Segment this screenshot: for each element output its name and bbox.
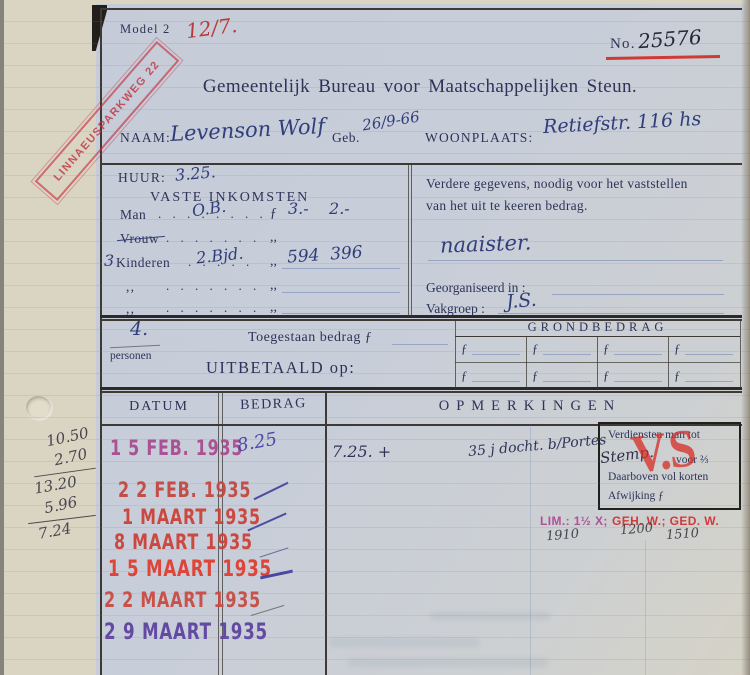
model-label: Model 2 <box>120 22 170 37</box>
opmerking-remark-hw: 35 j docht. b/Portes <box>468 432 607 460</box>
details-info-line2: van het uit te keeren bedrag. <box>426 198 588 214</box>
income-row-label: Kinderen <box>116 255 170 271</box>
florin-cell: ƒ <box>532 341 539 357</box>
quote-sign: ,, <box>270 278 277 294</box>
quote-sign: ,, <box>270 230 277 246</box>
woonplaats-value: Retiefstr. 116 hs <box>543 108 702 138</box>
toegestaan-label: Toegestaan bedrag ƒ <box>248 330 372 346</box>
datum-header: DATUM <box>100 399 218 415</box>
paper-edge-shadow <box>741 0 750 675</box>
number-underline-stamp <box>606 55 720 60</box>
persons-label: personen <box>110 350 152 362</box>
bedrag-amount-hw: 8.25 <box>235 429 278 457</box>
florin-rule <box>614 381 662 382</box>
florin-rule <box>543 354 591 355</box>
florin-cell: ƒ <box>461 341 468 357</box>
lim-stamp-part1: LIM.: 1½ X; <box>540 514 608 528</box>
quote-sign: ,, <box>270 300 277 316</box>
florin-cell: ƒ <box>674 341 681 357</box>
date-stamp: 2 2 MAART 1935 <box>104 588 261 612</box>
faint-column-rule <box>645 540 646 675</box>
florin-cell: ƒ <box>461 368 468 384</box>
form-title: Gemeentelijk Bureau voor Maatschappelijk… <box>130 76 710 98</box>
scanned-welfare-form: Model 2 LINNAEUSPARKWEG 22 12/7. No. 255… <box>0 0 750 675</box>
grondbedrag-right-divider <box>740 319 741 388</box>
vakgroep-label: Vakgroep : <box>426 301 485 317</box>
income-row-dots: . . . . . . . . <box>166 278 266 294</box>
quote-sign: ,, <box>270 254 277 270</box>
lim-value: 1200 <box>619 521 653 539</box>
florin-rule <box>685 381 733 382</box>
income-row-label: ,, <box>126 301 135 317</box>
allowance-divider-thick <box>100 387 742 390</box>
geb-value: 26/9-66 <box>361 108 421 135</box>
details-info-line1: Verdere gegevens, noodig voor het vastst… <box>426 176 688 192</box>
persons-rule <box>110 345 160 349</box>
opmerking-amount-hw: 7.25. + <box>332 442 391 461</box>
florin-cell: ƒ <box>532 368 539 384</box>
vakgroep-rule <box>498 313 724 314</box>
income-row-label: ,, <box>126 279 135 295</box>
income-rule <box>282 268 400 269</box>
bleed-through-smudge <box>430 612 550 620</box>
date-stamp: 2 9 MAART 1935 <box>104 620 268 645</box>
bleed-through-smudge <box>348 658 548 667</box>
grondbedrag-row-divider <box>455 362 740 363</box>
income-row-dots: . . . . . . . . <box>166 230 266 246</box>
lim-value: 1510 <box>666 526 700 543</box>
uitbetaald-label: UITBETAALD op: <box>206 358 355 378</box>
vakgroep-value-hw: J.S. <box>505 289 537 314</box>
florin-cell: ƒ <box>603 368 610 384</box>
vs-approval-stamp: V.S <box>628 416 698 485</box>
lim-value: 1910 <box>545 527 579 545</box>
grondbedrag-header-rule <box>455 336 740 337</box>
bedrag-column-divider <box>325 391 327 675</box>
income-vertical-divider-b <box>411 163 412 316</box>
date-stamp: 8 MAART 1935 <box>114 530 253 554</box>
georganiseerd-rule <box>552 294 724 295</box>
number-value-handwriting: 25576 <box>637 25 702 53</box>
margin-sum-value: 2.70 <box>52 445 88 470</box>
income-row-amount-hw: 594 396 <box>286 242 363 267</box>
huur-value: 3.25. <box>174 162 216 184</box>
huur-label: HUUR: <box>118 170 166 186</box>
form-top-border <box>100 8 742 10</box>
income-vertical-divider-a <box>408 163 409 316</box>
details-rule <box>428 260 723 261</box>
geb-label: Geb. <box>332 130 360 146</box>
florin-cell: ƒ <box>603 341 610 357</box>
date-stamp: 1 5 MAART 1935 <box>108 557 272 582</box>
income-row-label: Man <box>120 207 146 223</box>
date-stamp: 2 2 FEB. 1935 <box>118 478 251 502</box>
date-stamp: 1 5 FEB. 1935 <box>110 436 243 460</box>
income-rule <box>282 292 400 293</box>
bleed-through-smudge <box>330 638 480 647</box>
income-row-amount-hw: 3.- 2.- <box>288 199 350 218</box>
vaste-inkomsten-heading: VASTE INKOMSTEN <box>150 190 309 206</box>
florin-rule <box>543 381 591 382</box>
kinderen-count-hw: 3 <box>104 251 114 270</box>
occupation-value-hw: naaister. <box>440 230 532 257</box>
florin-sign: ƒ <box>270 206 277 222</box>
punch-hole <box>26 396 51 419</box>
date-stamp: 1 MAART 1935 <box>122 505 261 529</box>
florin-rule <box>685 354 733 355</box>
allowance-divider-thin <box>100 391 742 393</box>
number-label: No. <box>610 36 636 53</box>
income-rule <box>282 313 400 314</box>
florin-rule <box>472 354 520 355</box>
florin-rule <box>472 381 520 382</box>
grondbedrag-label: GRONDBEDRAG <box>455 320 740 335</box>
bedrag-check-stroke <box>253 482 288 500</box>
faint-column-rule <box>530 425 531 675</box>
margin-sum-total: 7.24 <box>37 519 73 543</box>
date-annotation-handwriting: 12/7. <box>185 13 239 43</box>
opmerkingen-header: OPMERKINGEN <box>330 398 730 415</box>
persons-value-hw: 4. <box>130 318 148 340</box>
bedrag-header: BEDRAG <box>222 396 325 415</box>
income-row-dots: . . . . . . . . <box>166 300 266 316</box>
woonplaats-label: WOONPLAATS: <box>425 130 533 146</box>
toegestaan-rule <box>392 344 448 345</box>
deduction-line4: Afwijking ƒ <box>608 490 664 502</box>
florin-rule <box>614 354 662 355</box>
margin-sum-value: 5.96 <box>42 493 78 518</box>
bedrag-check-stroke <box>260 547 289 557</box>
florin-cell: ƒ <box>674 368 681 384</box>
naam-value: Levenson Wolf <box>169 114 325 146</box>
naam-label: NAAM: <box>120 130 171 146</box>
